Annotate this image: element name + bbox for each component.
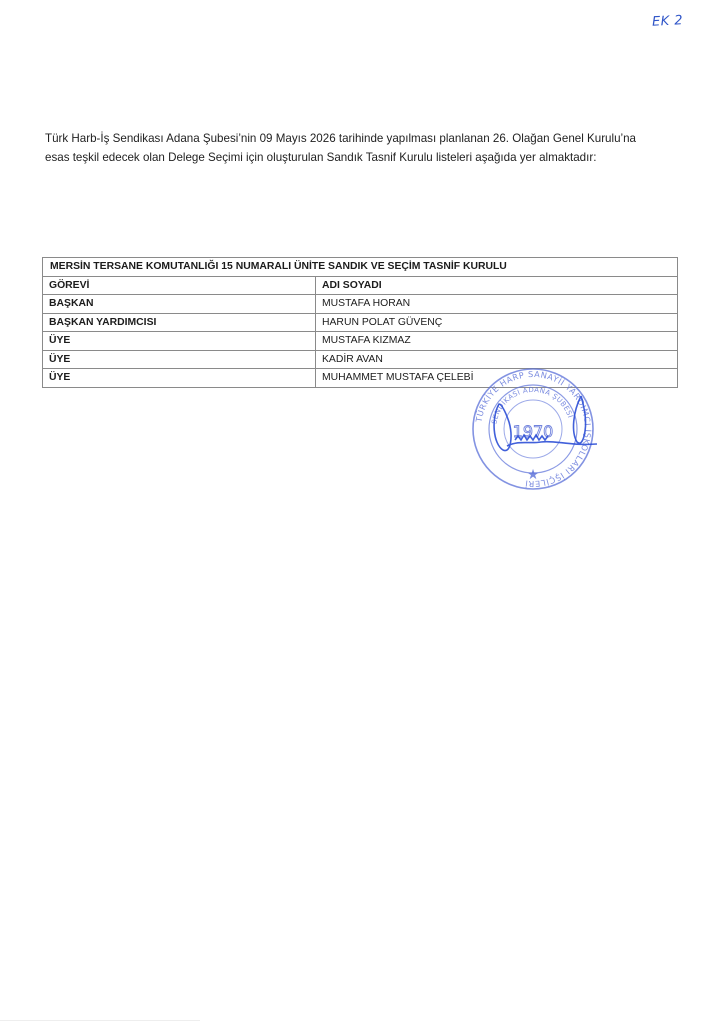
document-page: EK 2 Türk Harb-İş Sendikası Adana Şubesi…: [0, 0, 724, 1024]
handwritten-annotation: EK 2: [652, 13, 684, 30]
table-row: BAŞKAN YARDIMCISI HARUN POLAT GÜVENÇ: [43, 313, 678, 332]
table-title: MERSİN TERSANE KOMUTANLIĞI 15 NUMARALI Ü…: [43, 258, 678, 277]
table-row: ÜYE MUSTAFA KIZMAZ: [43, 332, 678, 351]
name-cell: HARUN POLAT GÜVENÇ: [316, 313, 678, 332]
role-cell: ÜYE: [43, 350, 316, 369]
union-seal-stamp: TÜRKİYE HARP SANAYİİ YARDIMCI İŞKOLLARI …: [469, 366, 597, 492]
name-cell: MUSTAFA HORAN: [316, 295, 678, 314]
intro-line: esas teşkil edecek olan Delege Seçimi iç…: [45, 148, 685, 167]
table-title-row: MERSİN TERSANE KOMUTANLIĞI 15 NUMARALI Ü…: [43, 258, 678, 277]
table-row: BAŞKAN MUSTAFA HORAN: [43, 295, 678, 314]
role-cell: ÜYE: [43, 369, 316, 388]
scan-edge-divider: [0, 1020, 200, 1021]
role-cell: ÜYE: [43, 332, 316, 351]
table-header-row: GÖREVİ ADI SOYADI: [43, 276, 678, 295]
intro-paragraph: Türk Harb-İş Sendikası Adana Şubesi’nin …: [45, 129, 685, 167]
column-header-role: GÖREVİ: [43, 276, 316, 295]
role-cell: BAŞKAN: [43, 295, 316, 314]
star-icon: ★: [527, 466, 540, 482]
name-cell: MUSTAFA KIZMAZ: [316, 332, 678, 351]
svg-text:SENDİKASI ADANA ŞUBESİ: SENDİKASI ADANA ŞUBESİ: [490, 386, 575, 425]
intro-line: Türk Harb-İş Sendikası Adana Şubesi’nin …: [45, 129, 685, 148]
stamp-inner-text: SENDİKASI ADANA ŞUBESİ: [490, 386, 575, 425]
role-cell: BAŞKAN YARDIMCISI: [43, 313, 316, 332]
column-header-name: ADI SOYADI: [316, 276, 678, 295]
